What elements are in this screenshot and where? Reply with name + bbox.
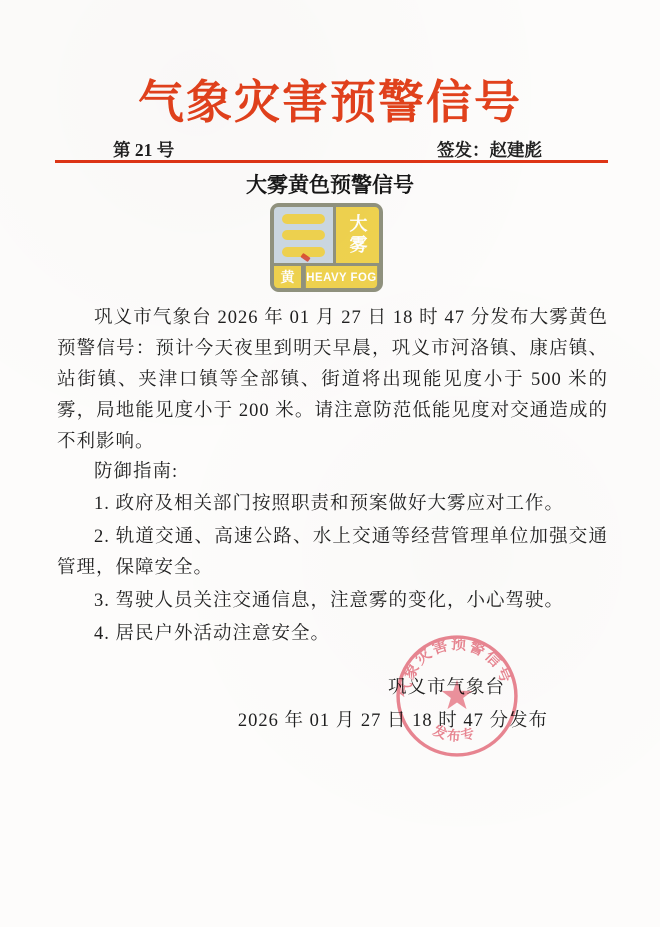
guide-item: 3. 驾驶人员关注交通信息，注意雾的变化，小心驾驶。: [57, 586, 608, 617]
official-seal-stamp: 气象灾害预警信号 发布专用章: [394, 633, 520, 759]
guide-item: 4. 居民户外活动注意安全。: [57, 619, 608, 650]
red-divider-rule: [55, 160, 608, 163]
document-title: 气象灾害预警信号: [0, 66, 660, 132]
fog-name-en-label: HEAVY FOG: [306, 266, 377, 288]
guide-item: 1. 政府及相关部门按照职责和预案做好大雾应对工作。: [57, 489, 608, 520]
fog-bar-icon: [282, 230, 325, 240]
warning-body-text: 巩义市气象台 2026 年 01 月 27 日 18 时 47 分发布大雾黄色预…: [57, 303, 608, 458]
guide-heading: 防御指南:: [57, 457, 608, 483]
fog-level-label: 黄: [274, 266, 301, 288]
seal-star-icon: [442, 680, 473, 709]
fog-bar-icon: [282, 214, 325, 224]
fog-sign-top-row: 大雾: [274, 207, 379, 263]
issue-number: 第 21 号: [113, 137, 174, 162]
fog-bars-panel: [274, 207, 333, 263]
warning-document-page: 气象灾害预警信号 第 21 号 签发：赵建彪 大雾黄色预警信号 大雾 黄 HEA…: [0, 0, 660, 927]
fog-name-cn-label: 大雾: [336, 207, 379, 263]
guide-list: 1. 政府及相关部门按照职责和预案做好大雾应对工作。 2. 轨道交通、高速公路、…: [57, 489, 608, 652]
signer-name: 签发：赵建彪: [437, 137, 542, 162]
guide-item: 2. 轨道交通、高速公路、水上交通等经营管理单位加强交通管理，保障安全。: [57, 522, 608, 584]
document-header-row: 第 21 号 签发：赵建彪: [57, 137, 608, 162]
warning-subtitle: 大雾黄色预警信号: [0, 169, 660, 199]
heavy-fog-yellow-warning-icon: 大雾 黄 HEAVY FOG: [270, 203, 383, 292]
fog-sign-bottom-row: 黄 HEAVY FOG: [274, 266, 379, 288]
